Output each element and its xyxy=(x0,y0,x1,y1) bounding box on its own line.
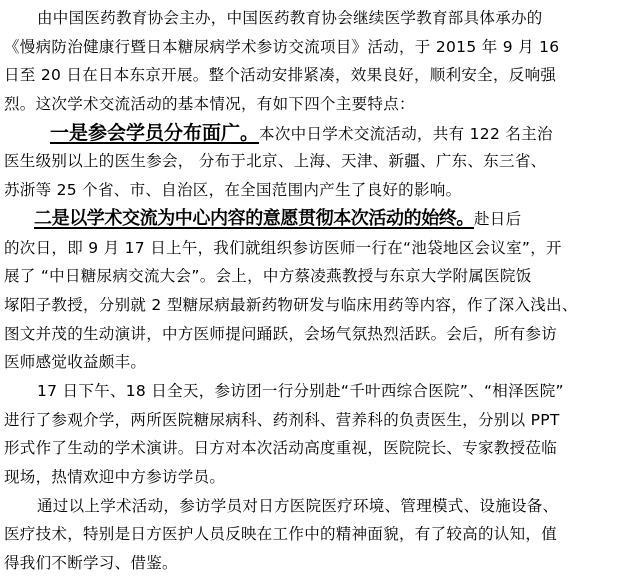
paragraph-intro: 由中国医药教育协会主办，中国医药教育协会继续医学教育部具体承办的 《慢病防治健康… xyxy=(4,4,614,119)
text-line: 进行了参观介学，两所医院糖尿病科、药剂科、营养科的负责医生，分别以 PPT xyxy=(4,406,614,435)
text-line: 日至 20 日在日本东京开展。整个活动安排紧凑，效果良好，顺利安全，反响强 xyxy=(4,61,614,90)
text-line: 现场，热情欢迎中方参访学员。 xyxy=(4,463,614,492)
text-line: 医生级别以上的医生参会， 分布于北京、上海、天津、新疆、广东、东三省、 xyxy=(4,147,614,176)
text-line: 塚阳子教授，分别就 2 型糖尿病最新药物研发与临床用药等内容，作了深入浅出、 xyxy=(4,291,614,320)
text-line: 苏浙等 25 个省、市、自治区，在全国范围内产生了良好的影响。 xyxy=(4,176,614,205)
section-heading-one: 一是参会学员分布面广。 xyxy=(50,122,259,144)
text-line: 《慢病防治健康行暨日本糖尿病学术参访交流项目》活动，于 2015 年 9 月 1… xyxy=(4,33,614,62)
heading-lead-text: 赴日后 xyxy=(474,210,521,228)
text-line: 由中国医药教育协会主办，中国医药教育协会继续医学教育部具体承办的 xyxy=(4,4,614,33)
paragraph-conclusion: 通过以上学术活动，参访学员对日方医院医疗环境、管理模式、设施设备、 医疗技术，特… xyxy=(4,492,614,578)
document-body: 由中国医药教育协会主办，中国医药教育协会继续医学教育部具体承办的 《慢病防治健康… xyxy=(4,4,614,578)
text-line: 图文并茂的生动演讲，中方医师提问踊跃，会场气氛热烈活跃。会后，所有参访 xyxy=(4,320,614,349)
text-line: 医师感觉收益颇丰。 xyxy=(4,348,614,377)
text-line: 通过以上学术活动，参访学员对日方医院医疗环境、管理模式、设施设备、 xyxy=(4,492,614,521)
paragraph-feature-one: 一是参会学员分布面广。本次中日学术交流活动，共有 122 名主治 医生级别以上的… xyxy=(4,119,614,205)
text-line: 17 日下午、18 日全天，参访团一行分别赴“千叶西综合医院”、“相泽医院” xyxy=(4,377,614,406)
heading-lead-text: 本次中日学术交流活动，共有 122 名主治 xyxy=(259,125,553,143)
text-line: 展了 “中日糖尿病交流大会”。会上，中方蔡凌燕教授与东京大学附属医院饭 xyxy=(4,262,614,291)
text-line: 得我们不断学习、借鉴。 xyxy=(4,549,614,578)
text-line: 的次日，即 9 月 17 日上午，我们就组织参访医师一行在“池袋地区会议室”，开 xyxy=(4,234,614,263)
text-line: 烈。这次学术交流活动的基本情况，有如下四个主要特点： xyxy=(4,90,614,119)
text-line: 形式作了生动的学术演讲。日方对本次活动高度重视，医院院长、专家教授莅临 xyxy=(4,434,614,463)
text-line: 一是参会学员分布面广。本次中日学术交流活动，共有 122 名主治 xyxy=(4,119,614,148)
text-line: 医疗技术，特别是日方医护人员反映在工作中的精神面貌，有了较高的认知，值 xyxy=(4,520,614,549)
paragraph-feature-two: 二是以学术交流为中心内容的意愿贯彻本次活动的始终。赴日后 的次日，即 9 月 1… xyxy=(4,205,614,377)
text-line: 二是以学术交流为中心内容的意愿贯彻本次活动的始终。赴日后 xyxy=(4,205,614,234)
paragraph-hospital-visits: 17 日下午、18 日全天，参访团一行分别赴“千叶西综合医院”、“相泽医院” 进… xyxy=(4,377,614,492)
section-heading-two: 二是以学术交流为中心内容的意愿贯彻本次活动的始终。 xyxy=(34,208,474,229)
